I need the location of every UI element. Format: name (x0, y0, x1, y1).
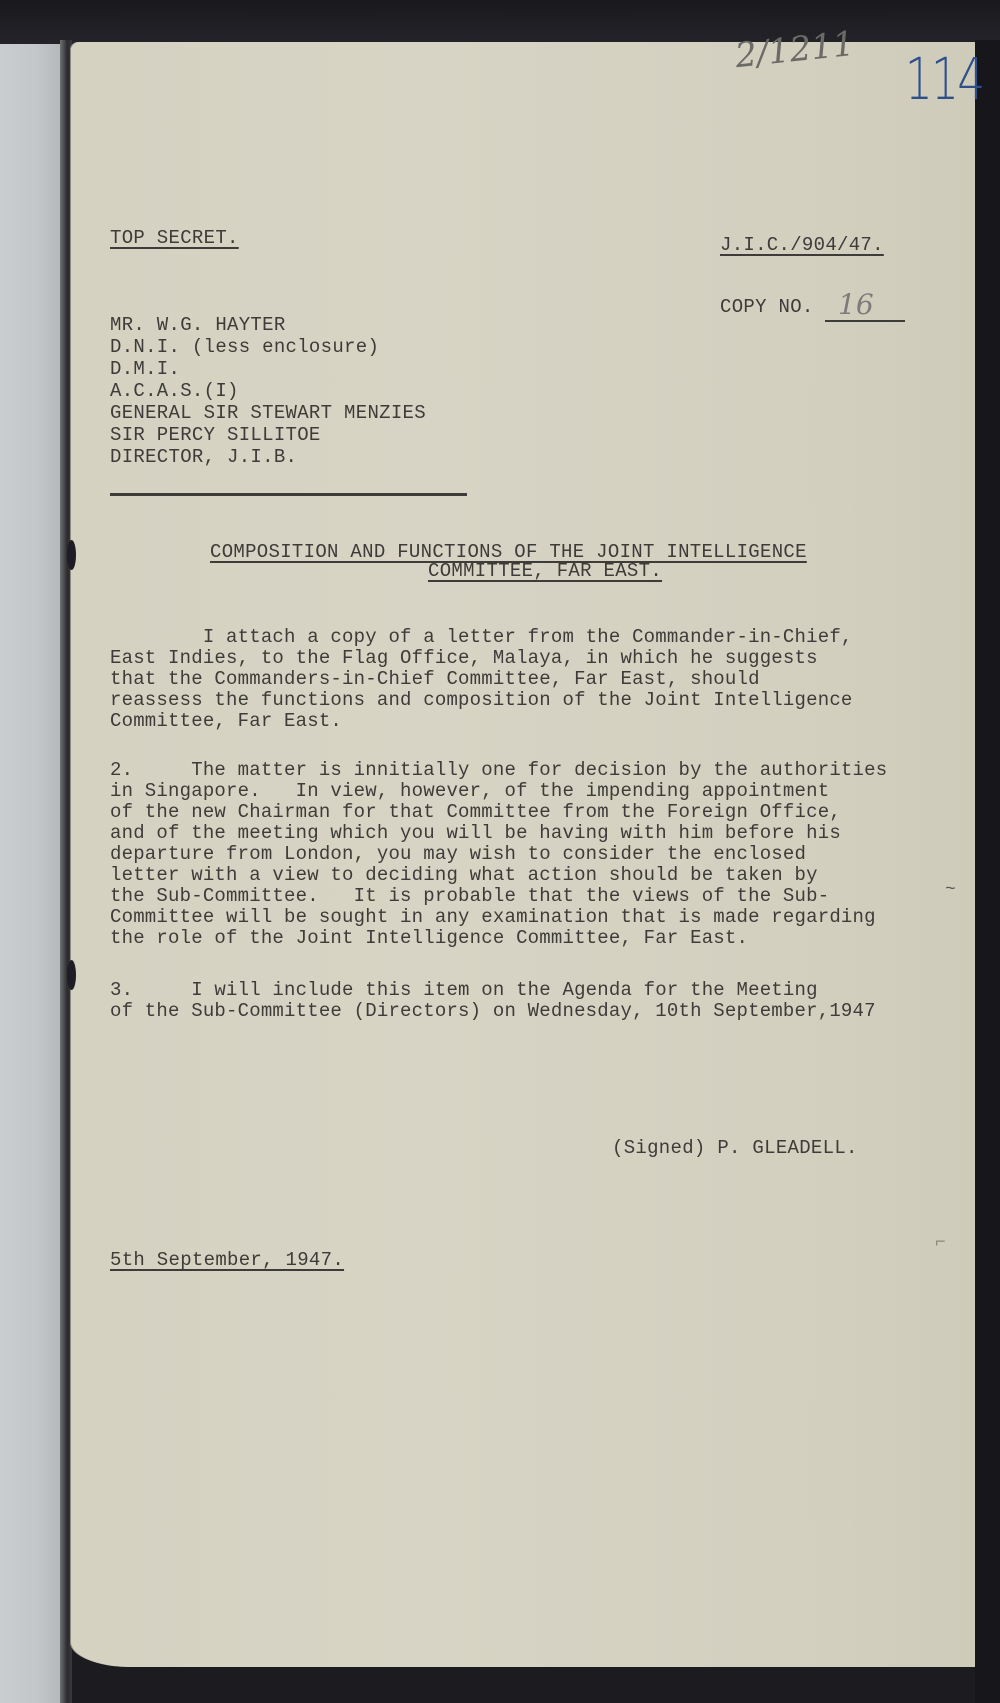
recipient: SIR PERCY SILLITOE (110, 425, 321, 446)
classification-marking: TOP SECRET. (110, 228, 239, 249)
paragraph-line: I attach a copy of a letter from the Com… (110, 627, 853, 648)
paragraph-line: Committee will be sought in any examinat… (110, 907, 876, 928)
margin-pencil-mark: ~ (945, 880, 956, 900)
recipient: MR. W.G. HAYTER (110, 315, 286, 336)
document-title-line-2: COMMITTEE, FAR EAST. (428, 561, 662, 582)
paragraph-line: the Sub-Committee. It is probable that t… (110, 886, 829, 907)
paragraph-line: of the new Chairman for that Committee f… (110, 802, 841, 823)
paragraph-line: reassess the functions and composition o… (110, 690, 853, 711)
copy-number-label: COPY NO. (720, 297, 814, 318)
paragraph-line: Committee, Far East. (110, 711, 342, 732)
paragraph-line: that the Commanders-in-Chief Committee, … (110, 669, 760, 690)
paragraph-line: letter with a view to deciding what acti… (110, 865, 818, 886)
recipient: GENERAL SIR STEWART MENZIES (110, 403, 426, 424)
document-reference: J.I.C./904/47. (720, 235, 884, 256)
paragraph-line: of the Sub-Committee (Directors) on Wedn… (110, 1001, 876, 1022)
paragraph-line: East Indies, to the Flag Office, Malaya,… (110, 648, 818, 669)
recipient-divider (110, 493, 467, 496)
scan-backdrop-right (975, 40, 1000, 1703)
signature-block: (Signed) P. GLEADELL. (612, 1138, 858, 1159)
paragraph-line: departure from London, you may wish to c… (110, 844, 806, 865)
paragraph-line: the role of the Joint Intelligence Commi… (110, 928, 748, 949)
binding-hole-bottom (67, 960, 76, 990)
binding-hole-top (67, 540, 76, 570)
previous-page-edge (0, 44, 60, 1703)
copy-number-handwritten: 16 (838, 288, 874, 321)
recipient: A.C.A.S.(I) (110, 381, 239, 402)
document-date: 5th September, 1947. (110, 1250, 344, 1271)
recipient: DIRECTOR, J.I.B. (110, 447, 297, 468)
paragraph-line: 2. The matter is innitially one for deci… (110, 760, 887, 781)
paragraph-line: in Singapore. In view, however, of the i… (110, 781, 829, 802)
recipient: D.N.I. (less enclosure) (110, 337, 379, 358)
paragraph-line: 3. I will include this item on the Agend… (110, 980, 818, 1001)
paragraph-line: and of the meeting which you will be hav… (110, 823, 841, 844)
folio-number: 114 (905, 45, 984, 113)
recipient: D.M.I. (110, 359, 180, 380)
corner-pencil-mark: ⌐ (935, 1233, 946, 1253)
